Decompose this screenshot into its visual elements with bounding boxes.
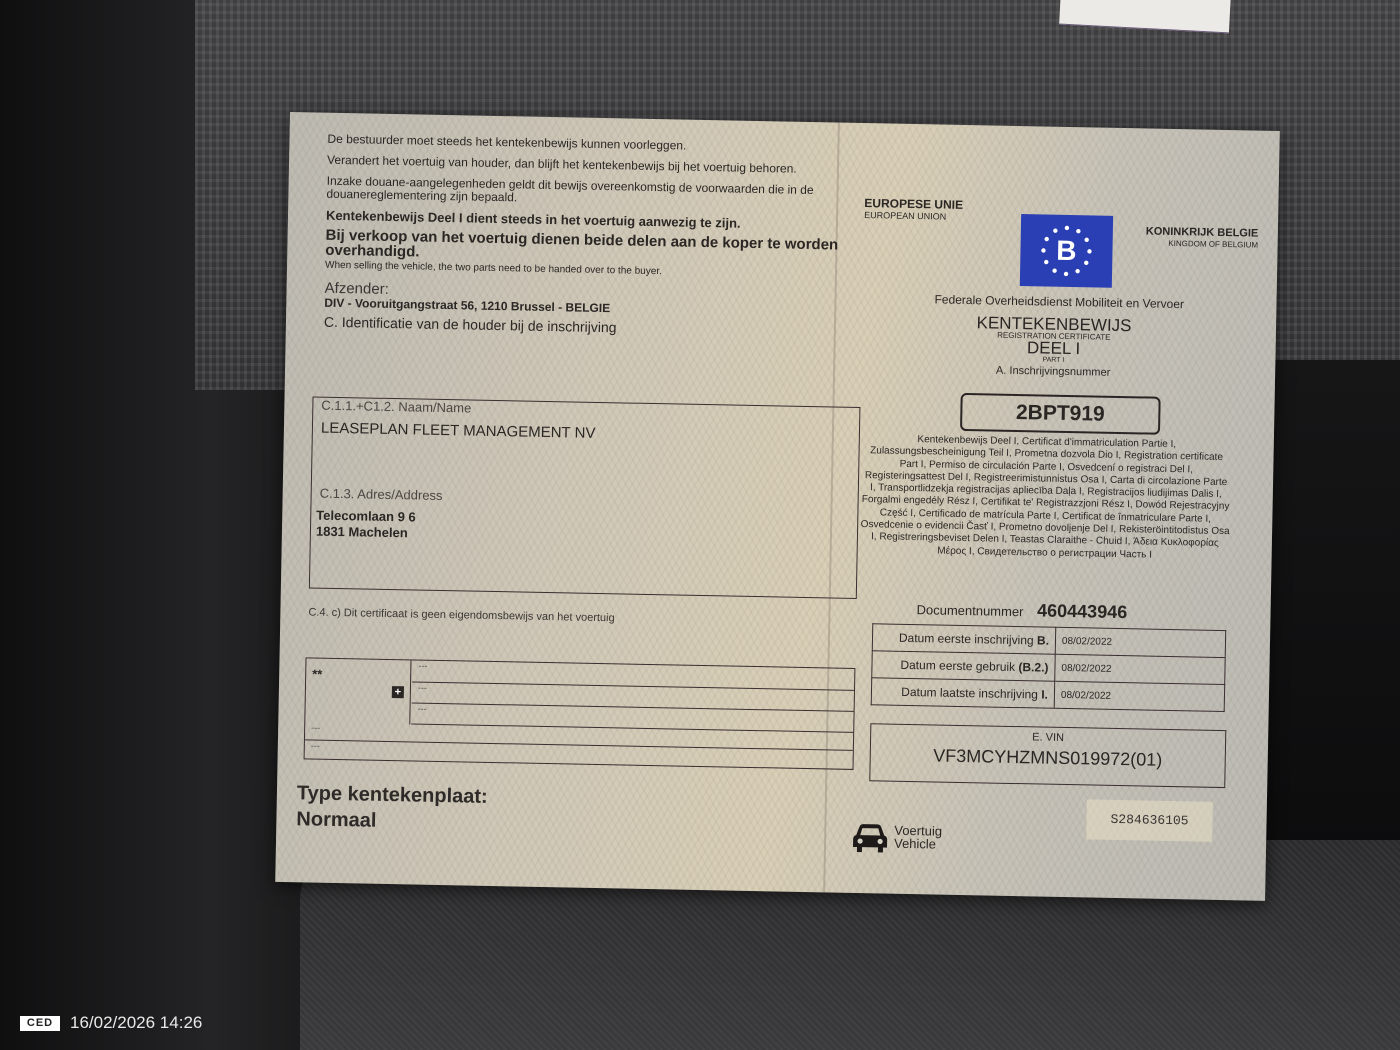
eu-label: EUROPESE UNIE EUROPEAN UNION	[864, 197, 963, 223]
date-code: I.	[1041, 688, 1048, 702]
document-number-label: Documentnummer	[916, 602, 1023, 619]
vehicle-label-en: Vehicle	[894, 837, 942, 851]
right-panel: EUROPESE UNIE EUROPEAN UNION B KONINKRIJ…	[833, 123, 1268, 901]
ownership-notice: C.4. c) Dit certificaat is geen eigendom…	[308, 606, 615, 624]
vehicle-label: Voertuig Vehicle	[894, 824, 942, 851]
eu-flag-icon: B	[1020, 214, 1113, 288]
stars-marker: **	[312, 667, 322, 682]
multilingual-text: Kentekenbewijs Deel I, Certificat d'imma…	[860, 433, 1232, 563]
date-row: Datum laatste inschrijving I. 08/02/2022	[871, 678, 1224, 712]
document-number: Documentnummer 460443946	[916, 598, 1127, 623]
left-panel: De bestuurder moet steeds het kentekenbe…	[324, 133, 858, 339]
address-line-1: Telecomlaan 9 6	[316, 508, 416, 526]
address-label: C.1.3. Adres/Address	[320, 486, 443, 503]
vin-value: VF3MCYHZMNS019972(01)	[871, 744, 1225, 772]
registration-certificate: De bestuurder moet steeds het kentekenbe…	[275, 112, 1280, 901]
date-label: Datum eerste gebruik	[900, 658, 1015, 674]
star-ring-icon	[1039, 223, 1094, 278]
holder-address: Telecomlaan 9 6 1831 Machelen	[316, 508, 416, 542]
document-number-value: 460443946	[1037, 600, 1127, 622]
holder-name: LEASEPLAN FLEET MANAGEMENT NV	[321, 420, 596, 442]
kingdom-label: KONINKRIJK BELGIE KINGDOM OF BELGIUM	[1146, 226, 1259, 250]
timestamp: 16/02/2026 14:26	[70, 1013, 202, 1033]
dates-table: Datum eerste inschrijving B. 08/02/2022 …	[871, 623, 1227, 712]
serial-number: S284636105	[1086, 799, 1213, 841]
vin-box: E. VIN VF3MCYHZMNS019972(01)	[869, 723, 1226, 788]
plate-type: Type kentekenplaat: Normaal	[296, 780, 488, 836]
plate-type-label: Type kentekenplaat:	[297, 780, 488, 810]
reg-number-label: A. Inschrijvingsnummer	[963, 362, 1143, 381]
name-label: C.1.1.+C1.2. Naam/Name	[321, 398, 471, 416]
authority: Federale Overheidsdienst Mobiliteit en V…	[934, 292, 1184, 311]
plate-type-value: Normaal	[296, 806, 487, 836]
remarks-grid: ** + --- --- --- --- ---	[304, 657, 856, 770]
date-value: 08/02/2022	[1054, 681, 1224, 711]
holder-section-title: C. Identificatie van de houder bij de in…	[324, 316, 854, 339]
address-line-2: 1831 Machelen	[316, 524, 416, 542]
date-value: 08/02/2022	[1055, 654, 1225, 684]
date-code: (B.2.)	[1018, 660, 1048, 675]
date-value: 08/02/2022	[1055, 627, 1225, 657]
date-code: B.	[1037, 633, 1049, 647]
camera-stamp: CED 16/02/2026 14:26	[20, 1013, 202, 1033]
grid-stars-cell: ** +	[305, 658, 411, 724]
vin-label: E. VIN	[871, 728, 1225, 747]
certificate-title: KENTEKENBEWIJS REGISTRATION CERTIFICATE …	[963, 315, 1144, 381]
date-label: Datum laatste inschrijving	[901, 685, 1038, 702]
kingdom-en: KINGDOM OF BELGIUM	[1146, 237, 1259, 250]
car-icon	[852, 823, 889, 854]
date-label: Datum eerste inschrijving	[899, 631, 1034, 648]
registration-number: 2BPT919	[960, 393, 1161, 435]
holder-box: C.1.1.+C1.2. Naam/Name LEASEPLAN FLEET M…	[309, 396, 861, 598]
plus-icon: +	[392, 686, 404, 698]
ced-logo-icon: CED	[20, 1016, 60, 1031]
kingdom-nl: KONINKRIJK BELGIE	[1146, 225, 1259, 239]
